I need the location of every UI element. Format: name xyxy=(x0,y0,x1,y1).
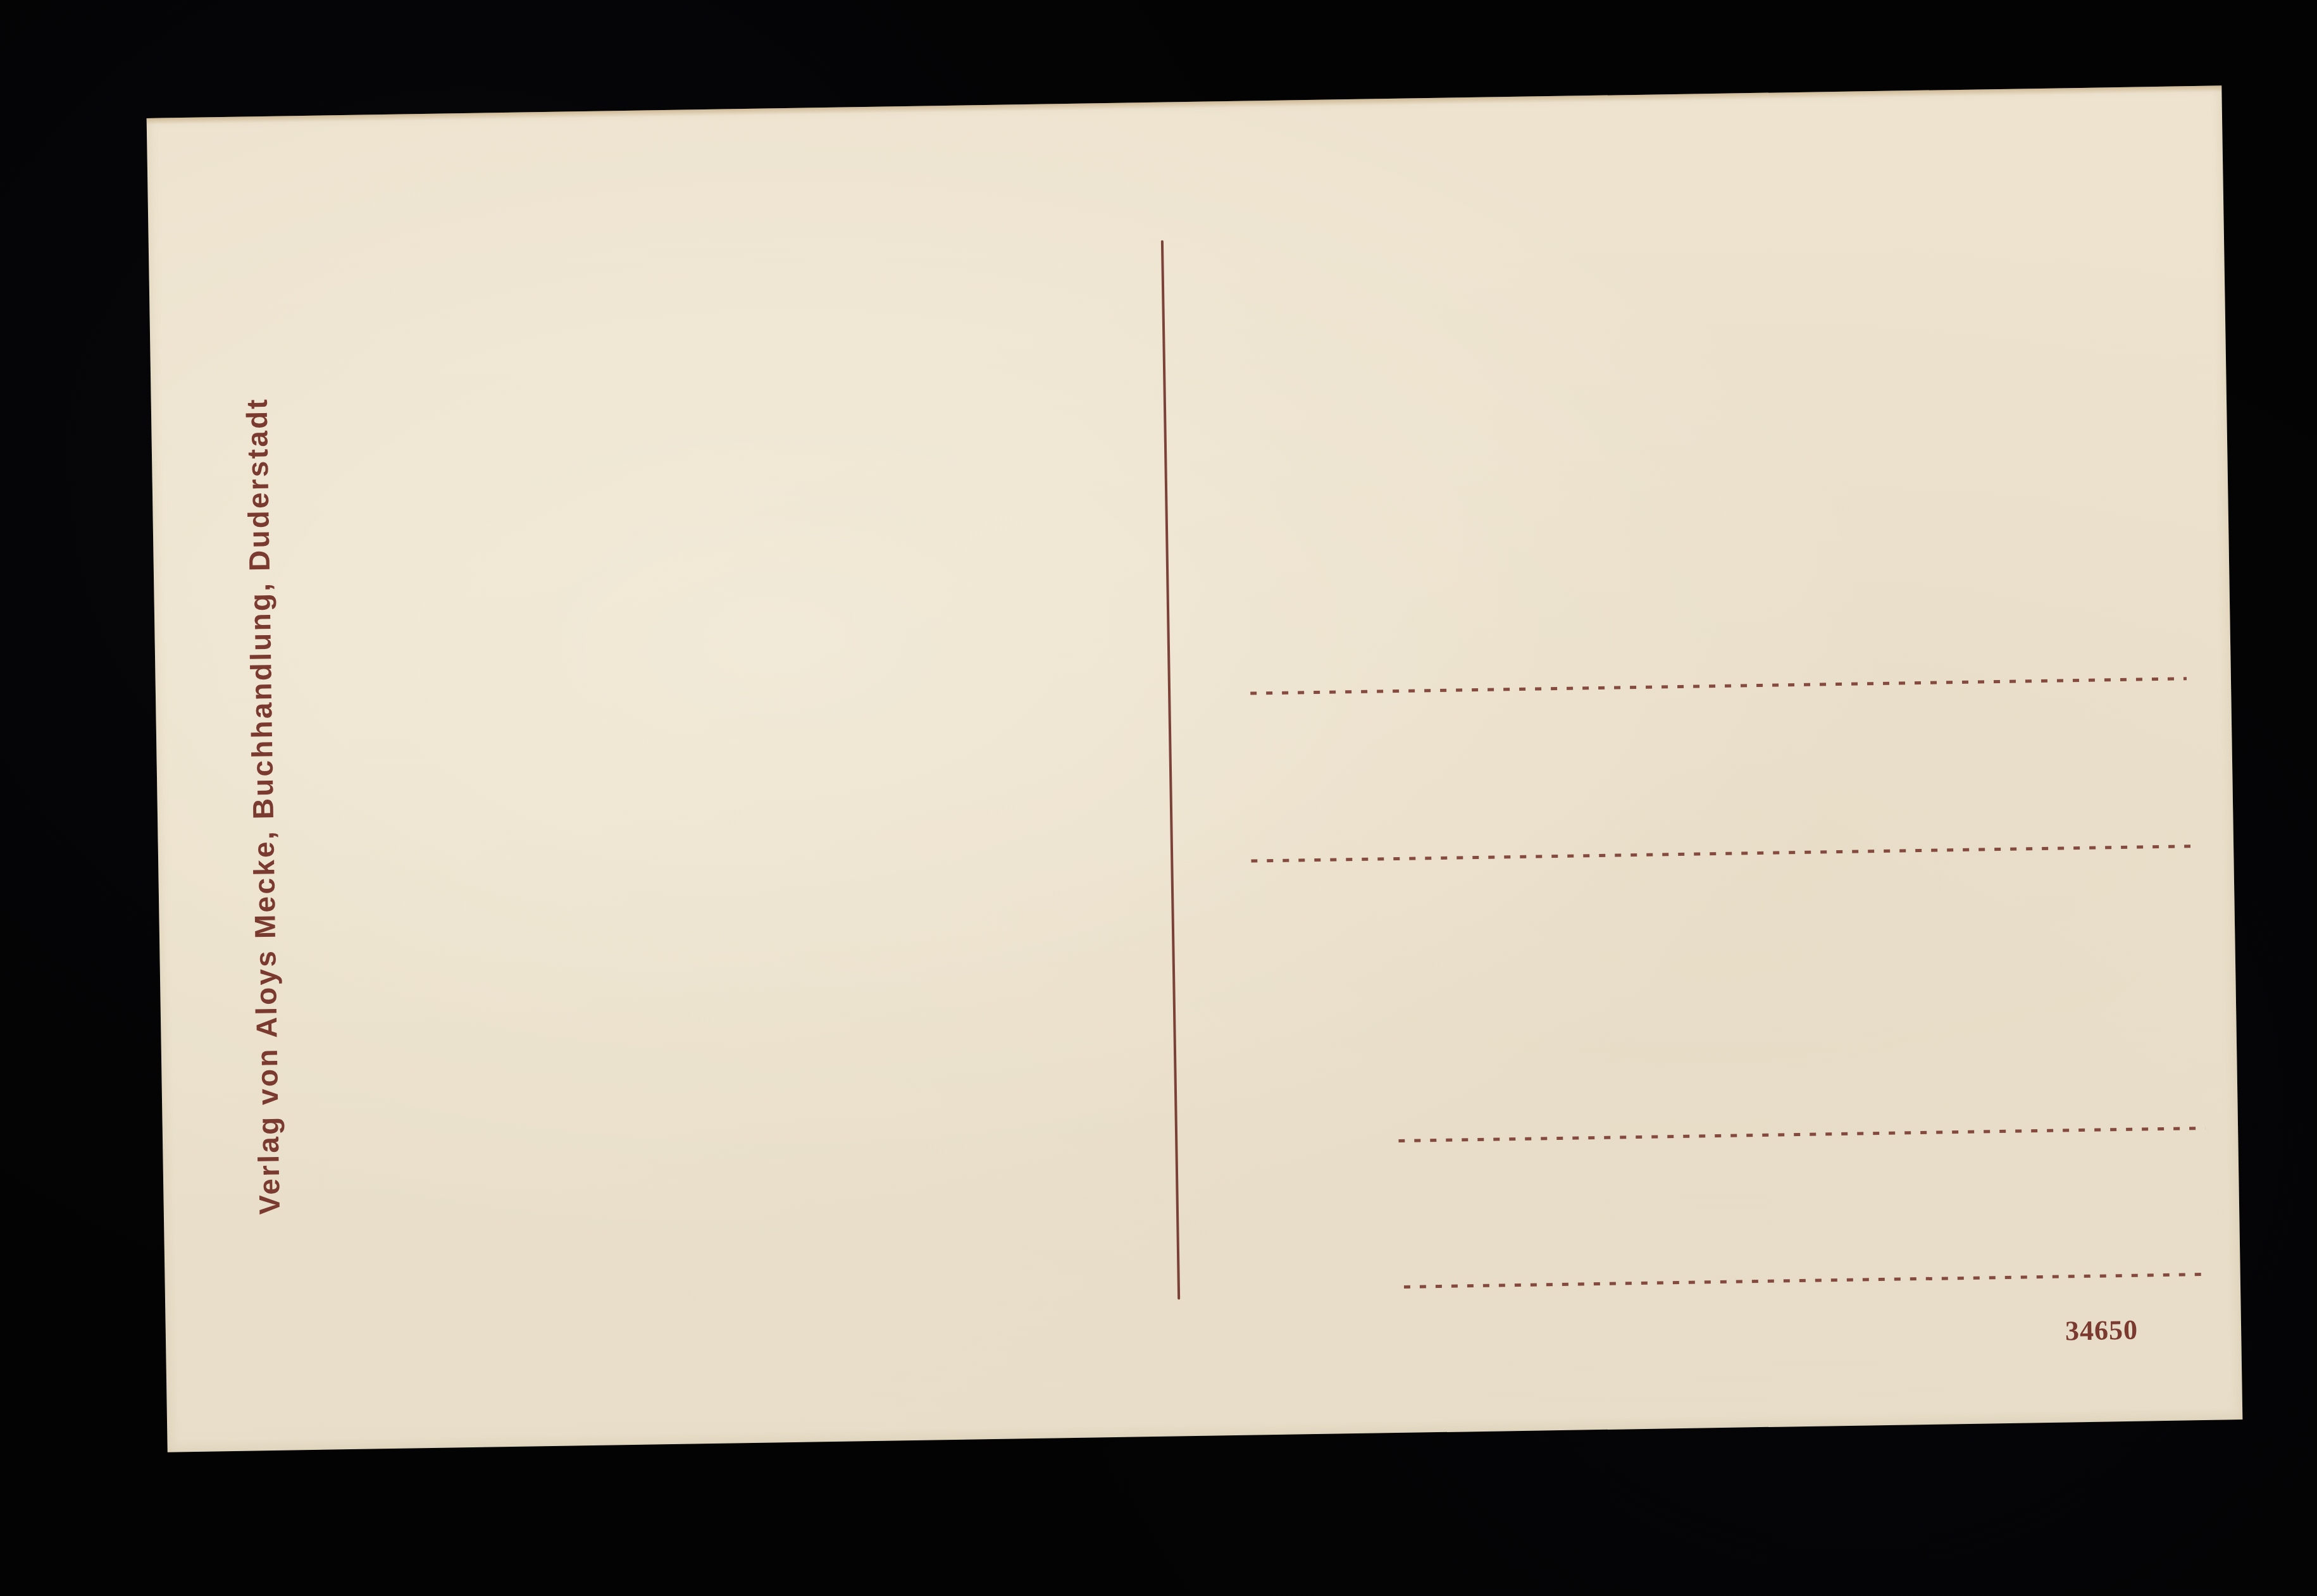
address-line-1 xyxy=(1250,677,2187,695)
address-line-2 xyxy=(1251,844,2190,862)
address-line-3 xyxy=(1398,1127,2205,1142)
address-line-4 xyxy=(1404,1273,2202,1289)
message-address-divider xyxy=(1161,240,1180,1300)
postcard-back: Verlag von Aloys Mecke, Buchhandlung, Du… xyxy=(147,85,2243,1452)
publisher-text: Verlag von Aloys Mecke, Buchhandlung, Du… xyxy=(240,397,287,1215)
serial-number: 34650 xyxy=(2065,1314,2139,1347)
